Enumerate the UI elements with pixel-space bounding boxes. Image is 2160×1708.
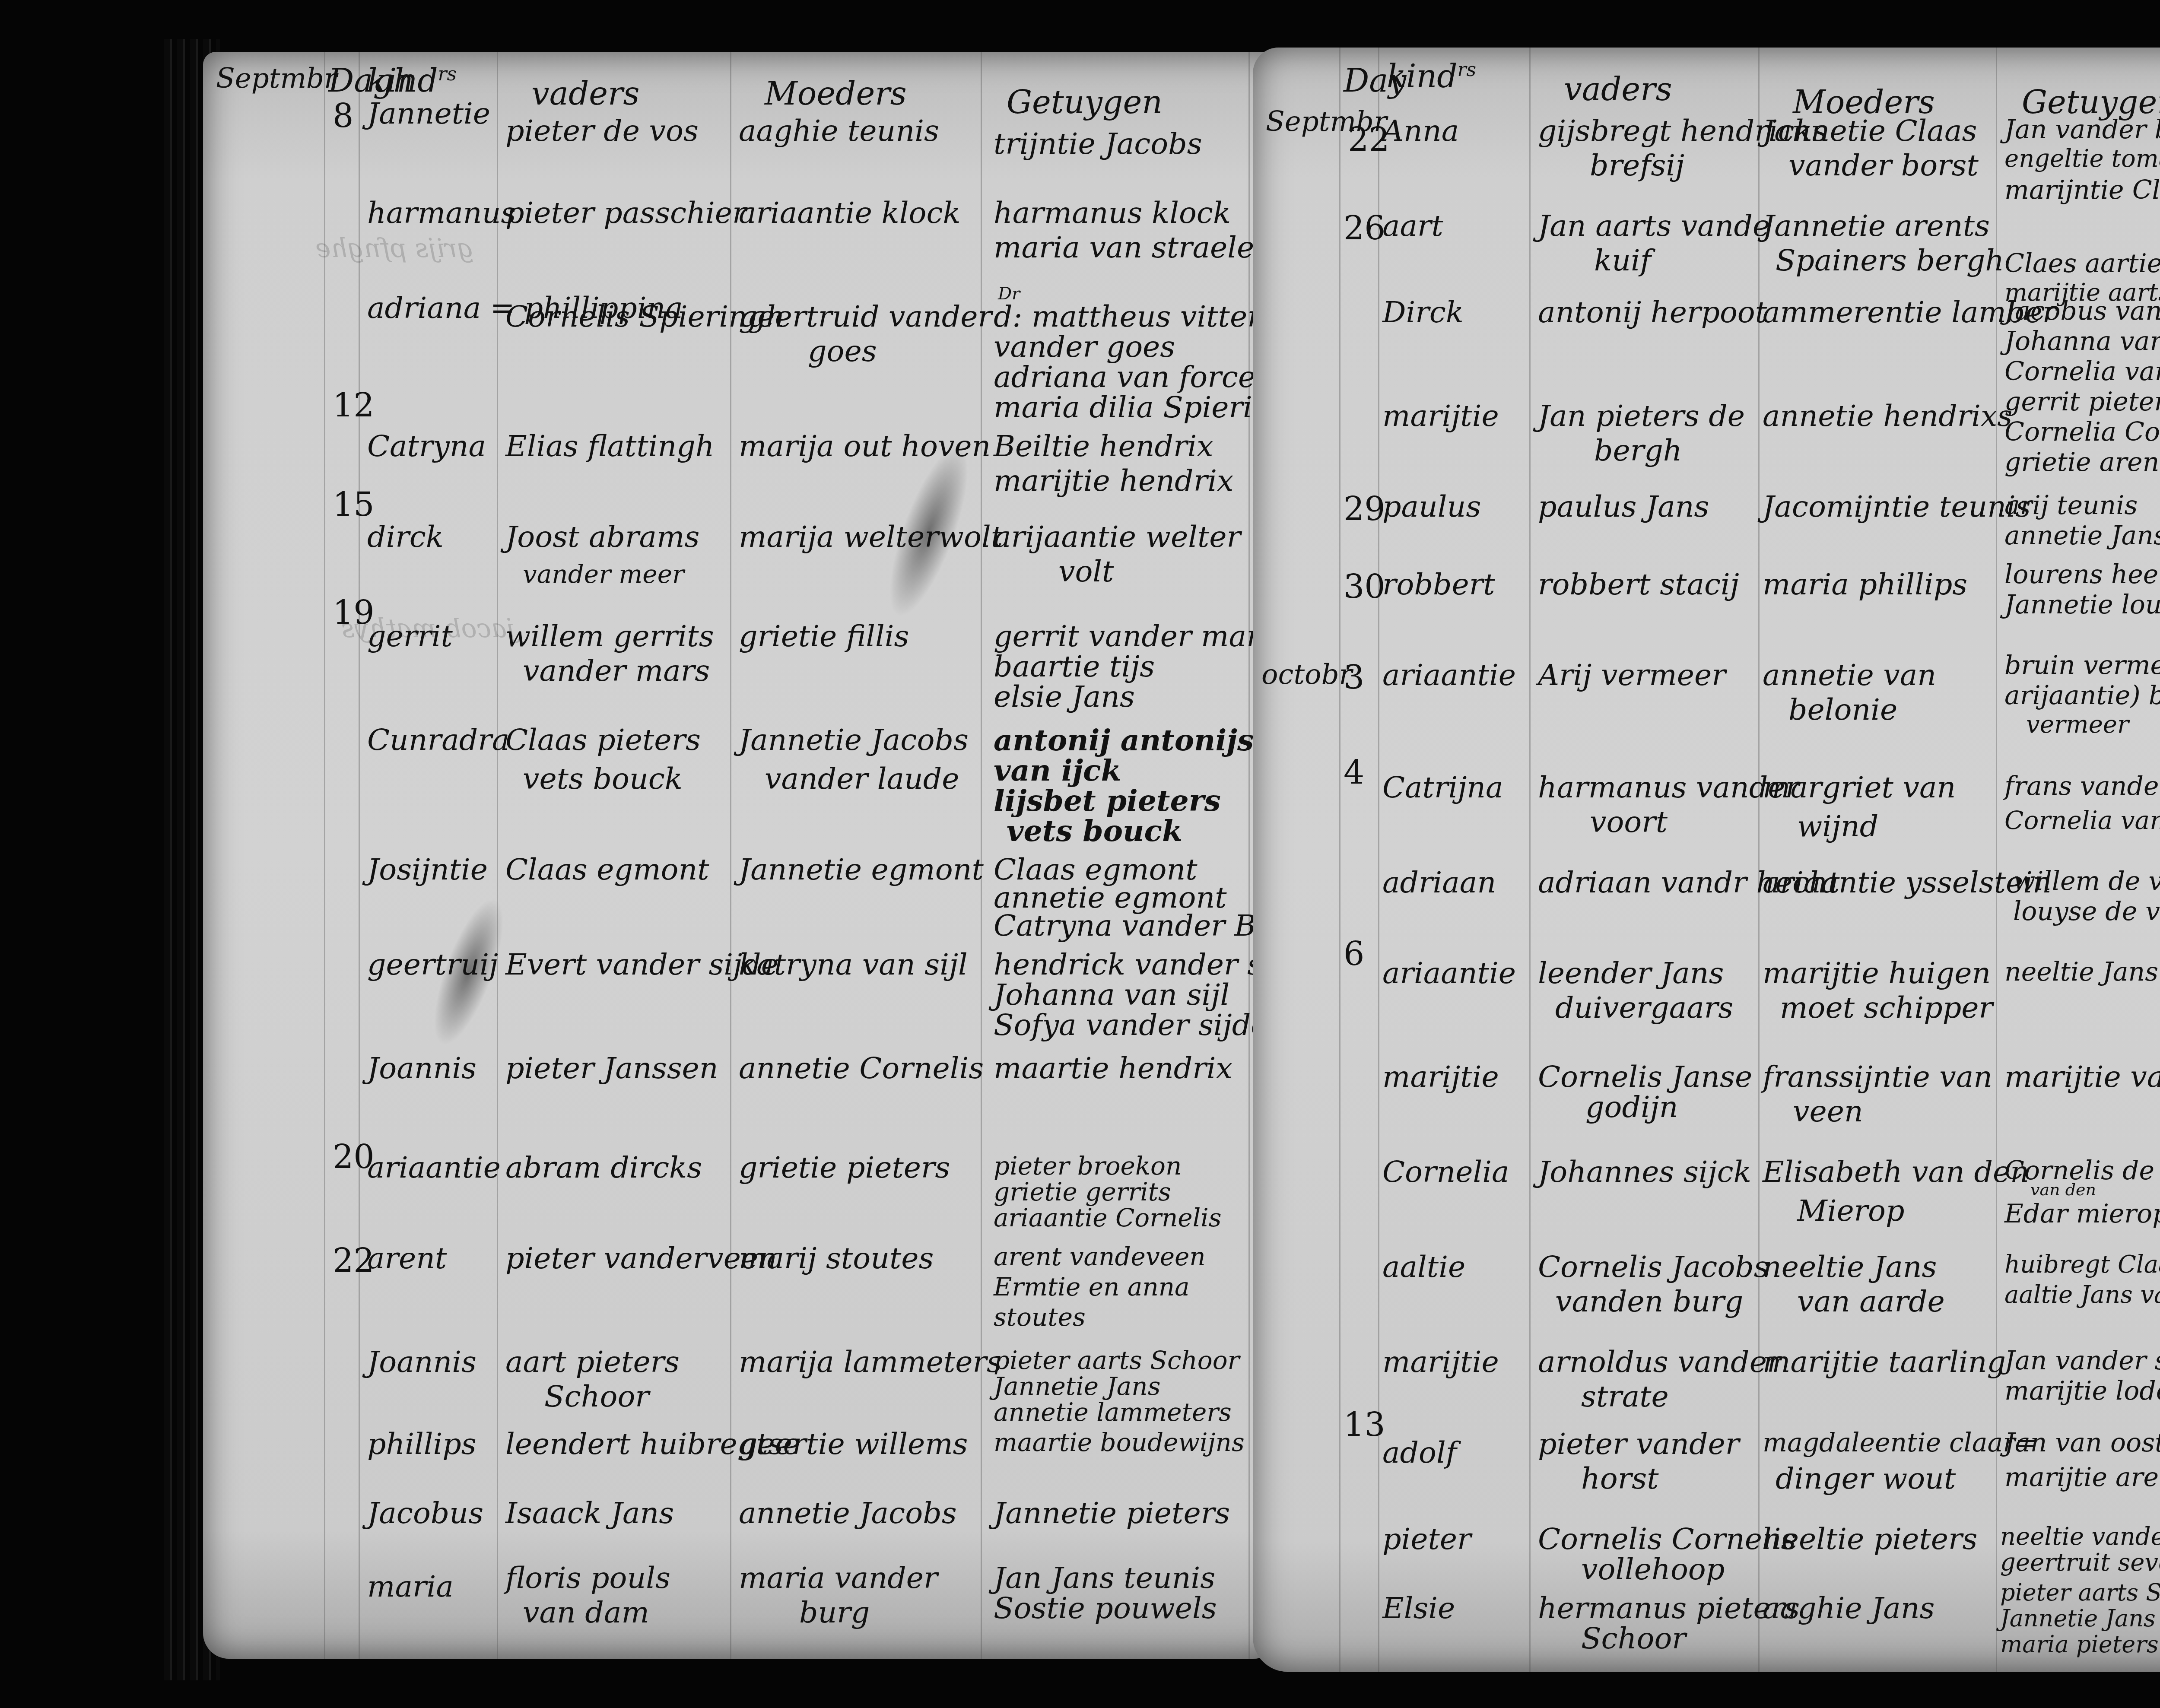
entry-mother: wijnd: [1797, 812, 1878, 841]
entry-witness: harmanus klock: [994, 199, 1231, 228]
entry-mother: annetie hendrixs: [1763, 402, 2012, 431]
entry-witness: bruin vermeer: [2004, 652, 2160, 678]
entry-witness: Claas egmont: [994, 855, 1198, 885]
entry-child: Anna: [1382, 117, 1459, 146]
entry-witness: arijaantie welter: [994, 523, 1241, 552]
entry-witness: neeltie Jans duivergaan: [2004, 959, 2160, 985]
entry-father: Elias flattingh: [505, 432, 715, 461]
entry-father: Arij vermeer: [1538, 661, 1726, 690]
entry-witness: maria dilia Spiering: [994, 393, 1290, 422]
entry-father: vander meer: [523, 562, 684, 587]
header-child-label: kind: [1387, 58, 1458, 95]
entry-mother: geertie willems: [739, 1430, 968, 1459]
entry-father: strate: [1581, 1382, 1669, 1412]
entry-witness: Jacobus vander dom: [2004, 298, 2160, 324]
entry-father: horst: [1581, 1464, 1658, 1494]
entry-child: Jacobus: [367, 1499, 483, 1528]
entry-mother: maria phillips: [1763, 570, 1967, 600]
entry-witness: gerrit pieters: [2004, 389, 2160, 415]
entry-witness: Sostie pouwels: [994, 1594, 1217, 1623]
entry-father: kuif: [1594, 246, 1651, 276]
entry-child: gerrit: [367, 622, 453, 651]
entry-father: antonij herpoot: [1538, 298, 1767, 327]
entry-father: godijn: [1585, 1093, 1678, 1122]
entry-witness: annetie Jans: [2004, 523, 2160, 549]
header-witnesses: Getuygen: [1007, 86, 1163, 118]
entry-child: ariaantie: [367, 1153, 501, 1183]
entry-witness: Sofya vander sijde: [994, 1011, 1268, 1040]
entry-mother: van aarde: [1797, 1287, 1945, 1317]
entry-father: paulus Jans: [1538, 492, 1709, 522]
entry-father: voort: [1590, 808, 1668, 837]
entry-witness: Cornelis de santes: [2004, 1158, 2160, 1184]
entry-child: Catryna: [367, 432, 486, 461]
entry-father: Claas egmont: [505, 855, 709, 885]
entry-child: Joannis: [367, 1348, 476, 1377]
entry-father: pieter passchier: [505, 199, 746, 228]
entry-child: Elsie: [1382, 1594, 1455, 1623]
entry-child: Josijntie: [367, 855, 488, 885]
entry-day: 29: [1344, 492, 1385, 525]
entry-mother: magdaleentie claar=: [1763, 1430, 2037, 1456]
entry-witness: frans vander aart: [2004, 773, 2160, 799]
entry-witness: ariaantie Cornelis: [994, 1205, 1222, 1230]
entry-mother: neeltie pieters: [1763, 1525, 1977, 1554]
entry-witness: Jan Jans teunis: [994, 1564, 1215, 1593]
entry-mother: marijtie taarling: [1763, 1348, 2006, 1377]
entry-child: paulus: [1382, 492, 1481, 522]
entry-mother: marij stoutes: [739, 1244, 934, 1273]
entry-witness: maria pieters Schoor: [2000, 1633, 2160, 1656]
entry-child: marijtie: [1382, 1063, 1499, 1092]
entry-witness: Cornelia Cornelis: [2004, 419, 2160, 445]
entry-witness: marijntie Claas vinkel: [2004, 177, 2160, 203]
entry-mother: annetie Jacobs: [739, 1499, 957, 1528]
entry-witness: Jannetie Jans: [994, 1374, 1160, 1399]
entry-witness: willem de vegter: [2013, 868, 2160, 894]
entry-father: Evert vander sijde: [505, 950, 778, 980]
entry-father: bergh: [1594, 436, 1682, 466]
entry-witness: Jan vander boelt: [2004, 117, 2160, 143]
entry-mother: grietie pieters: [739, 1153, 950, 1183]
entry-witness: Jannetie pieters: [994, 1499, 1230, 1528]
entry-witness: trijntie Jacobs: [994, 130, 1202, 159]
entry-witness: marijtie van veen: [2004, 1063, 2160, 1092]
entry-witness: annetie lammeters: [994, 1400, 1232, 1425]
entry-witness: Edar mierop: [2004, 1201, 2160, 1227]
entry-witness: grietie gerrits: [994, 1179, 1171, 1204]
right-page: Day kindrs vaders Moeders Getuygen Septm…: [1253, 48, 2160, 1672]
entry-child: Cornelia: [1382, 1158, 1509, 1187]
entry-witness: arijaantie) belaanis: [2004, 683, 2160, 708]
entry-mother: annetie Cornelis: [739, 1054, 984, 1083]
entry-father: van dam: [523, 1598, 649, 1628]
entry-witness: pieter broekon: [994, 1153, 1182, 1178]
entry-witness: Johanna vander floijde: [2004, 328, 2160, 354]
ruling-line: [1248, 52, 1250, 1659]
entry-father: Claas pieters: [505, 726, 701, 755]
entry-witness: vets bouck: [1007, 816, 1182, 846]
header-child-label: kind: [367, 62, 438, 99]
entry-witness: annetie egmont: [994, 883, 1227, 913]
entry-witness: lourens heeremans: [2004, 562, 2160, 587]
entry-child: Jannetie: [367, 99, 490, 129]
entry-mother: Mierop: [1797, 1197, 1905, 1226]
entry-day: 4: [1344, 756, 1364, 789]
entry-mother: marija lammeters: [739, 1348, 1002, 1377]
entry-father: vets bouck: [523, 765, 683, 794]
entry-mother: franssijntie van: [1763, 1063, 1992, 1092]
entry-father: Cornelis Cornelis: [1538, 1525, 1796, 1554]
entry-father: harmanus vander: [1538, 773, 1799, 803]
header-fathers: vaders: [531, 78, 639, 110]
entry-witness: Ermtie en anna: [994, 1274, 1190, 1299]
entry-father: Cornelis Janse: [1538, 1063, 1752, 1092]
entry-witness: vermeer: [2026, 713, 2129, 737]
entry-child: robbert: [1382, 570, 1495, 600]
entry-father: robbert stacij: [1538, 570, 1739, 600]
entry-mother: annetie van: [1763, 661, 1936, 690]
entry-witness: marijtie arents kunst: [2004, 1464, 2160, 1490]
entry-witness: baartie tijs: [994, 652, 1155, 682]
entry-mother: marijtie huigen: [1763, 959, 1991, 988]
entry-mother: Jannetie egmont: [739, 855, 984, 885]
entry-witness: antonij antonijs: [994, 726, 1254, 755]
header-month: Septmbr: [216, 65, 337, 92]
entry-mother: aaghie Jans: [1763, 1594, 1935, 1623]
entry-witness: huibregt Claas van den: [2004, 1253, 2160, 1277]
entry-father: aart pieters: [505, 1348, 680, 1377]
entry-mother: katryna van sijl: [739, 950, 968, 980]
header-fathers: vaders: [1564, 73, 1672, 105]
entry-child: adriaan: [1382, 868, 1496, 898]
entry-father: Jan pieters de: [1538, 402, 1745, 431]
entry-mother: Jannetie Claas: [1763, 117, 1977, 146]
entry-father: duivergaars: [1555, 994, 1733, 1023]
header-mothers: Moeders: [1793, 86, 1935, 118]
entry-day: 6: [1344, 937, 1364, 970]
entry-mother: Jannetie Jacobs: [739, 726, 969, 755]
entry-father: Schoor: [1581, 1624, 1686, 1654]
entry-witness: arij teunis: [2004, 492, 2138, 518]
entry-witness: d: mattheus vitter: [994, 302, 1261, 332]
entry-father: pieter de vos: [505, 117, 699, 146]
entry-witness: van ijck: [994, 756, 1121, 785]
entry-mother: Jannetie arents: [1763, 212, 1990, 241]
entry-child: Dirck: [1382, 298, 1464, 327]
entry-witness: Jannetie Jans: [2000, 1607, 2156, 1630]
entry-witness: geertruit sevenhuijsen: [2000, 1551, 2160, 1575]
entry-mother: Jacomijntie teunis: [1763, 492, 2031, 522]
entry-witness: vander goes: [994, 333, 1175, 362]
entry-mother: neeltie Jans: [1763, 1253, 1937, 1282]
entry-father: vanden burg: [1555, 1287, 1743, 1317]
bleed-through-text: grijs pfnghe: [315, 233, 474, 264]
entry-witness: marijtie lodestein: [2004, 1378, 2160, 1404]
entry-mother: belonie: [1788, 695, 1897, 725]
header-child-sup: rs: [1458, 59, 1477, 81]
entry-child: Joannis: [367, 1054, 476, 1083]
book-spread: grijs pfnghe jacob mathys Septmbr Dagh k…: [0, 0, 2160, 1708]
entry-father: brefsij: [1590, 151, 1684, 181]
header-child-sup: rs: [438, 63, 457, 85]
entry-father: Jan aarts vande: [1538, 212, 1770, 241]
entry-father: vollehoop: [1581, 1555, 1725, 1584]
entry-witness: Cornelia van wijnderdes: [2004, 808, 2160, 833]
entry-mother: burg: [799, 1598, 870, 1628]
entry-mother: Elisabeth van den: [1763, 1158, 2029, 1187]
entry-witness: maria van straelen: [994, 233, 1273, 263]
entry-child: marijtie: [1382, 402, 1499, 431]
entry-witness: van den: [2030, 1181, 2096, 1198]
entry-mother: marija welterwolt: [739, 523, 1003, 552]
entry-child: phillips: [367, 1430, 476, 1459]
header-child: kindrs: [1387, 60, 1476, 92]
entry-father: pieter Janssen: [505, 1054, 718, 1083]
entry-witness: elsie Jans: [994, 683, 1135, 712]
entry-father: leender Jans: [1538, 959, 1724, 988]
entry-witness: volt: [1058, 557, 1114, 587]
entry-day: 15: [333, 488, 375, 521]
left-page: grijs pfnghe jacob mathys Septmbr Dagh k…: [203, 52, 1287, 1659]
entry-child: Catrijna: [1382, 773, 1503, 803]
entry-witness: lijsbet pieters: [994, 786, 1221, 816]
entry-witness: Claes aartie vande kuif: [2004, 251, 2160, 276]
header-mothers: Moeders: [765, 78, 907, 110]
entry-father: hermanus pieters: [1538, 1594, 1800, 1623]
entry-witness: Jan van oosten: [2004, 1430, 2160, 1456]
entry-day: 8: [333, 99, 353, 132]
entry-father: abram dircks: [505, 1153, 702, 1183]
ruling-line: [359, 52, 360, 1659]
entry-witness: marijtie hendrix: [994, 467, 1233, 496]
entry-mother: veen: [1793, 1097, 1863, 1127]
entry-day: 3: [1344, 661, 1364, 694]
entry-child: aart: [1382, 212, 1443, 241]
entry-mother: ariaantie ysselstein: [1763, 868, 2052, 898]
entry-child: harmanus: [367, 199, 516, 228]
entry-witness: arent vandeveen: [994, 1244, 1206, 1269]
entry-witness: gerrit vander mars: [994, 622, 1276, 651]
entry-day: 13: [1344, 1408, 1385, 1441]
entry-child: arent: [367, 1244, 447, 1273]
entry-mother: maria vander: [739, 1564, 937, 1593]
ruling-line: [1339, 48, 1340, 1672]
entry-father: Joost abrams: [505, 523, 699, 552]
entry-mother: grietie fillis: [739, 622, 909, 651]
entry-father: Schoor: [544, 1382, 649, 1412]
entry-child: maria: [367, 1572, 454, 1602]
ruling-line: [1529, 48, 1531, 1672]
entry-witness: louyse de vegter: [2013, 898, 2160, 924]
entry-mother: vander laude: [765, 765, 959, 794]
ruling-line: [1758, 48, 1760, 1672]
entry-witness: neeltie vander valck: [2000, 1525, 2160, 1549]
entry-father: floris pouls: [505, 1564, 670, 1593]
entry-mother: Spainers bergh: [1776, 246, 2004, 276]
entry-witness: Johanna van sijl: [994, 981, 1229, 1010]
entry-father: Cornelis Jacobs: [1538, 1253, 1769, 1282]
ruling-line: [324, 52, 325, 1659]
entry-child: geertruij: [367, 950, 498, 980]
entry-witness: maartie hendrix: [994, 1054, 1232, 1083]
ruling-line: [730, 52, 731, 1659]
entry-witness: grietie arents: [2004, 449, 2160, 475]
entry-witness: pieter aarts Schoor: [994, 1348, 1239, 1373]
entry-witness: aaltie Jans van aarden: [2004, 1283, 2160, 1307]
entry-witness: maartie boudewijns: [994, 1430, 1245, 1455]
entry-child: aaltie: [1382, 1253, 1465, 1282]
entry-mother: aaghie teunis: [739, 117, 939, 146]
entry-witness: Jannetie louris: [2004, 592, 2160, 618]
entry-witness: Jan vander strate: [2004, 1348, 2160, 1374]
entry-day: 30: [1344, 570, 1385, 603]
entry-child: ariaantie: [1382, 959, 1516, 988]
entry-child: pieter: [1382, 1525, 1471, 1554]
entry-mother: vander borst: [1788, 151, 1979, 181]
entry-mother: geertruid vander: [739, 302, 992, 332]
entry-child: dirck: [367, 523, 444, 552]
entry-father: vander mars: [523, 657, 710, 686]
entry-mother: margriet van: [1763, 773, 1956, 803]
entry-father: willem gerrits: [505, 622, 714, 651]
entry-witness: Beiltie hendrix: [994, 432, 1213, 461]
entry-child: adolf: [1382, 1438, 1457, 1468]
header-child: kindrs: [367, 65, 457, 97]
entry-witness: engeltie tomas segmaa: [2004, 147, 2160, 171]
entry-mother: dinger wout: [1776, 1464, 1956, 1494]
entry-father: pieter vander: [1538, 1430, 1739, 1459]
entry-child: marijtie: [1382, 1348, 1499, 1377]
entry-witness: pieter aarts Schoor: [2000, 1581, 2160, 1604]
entry-mother: moet schipper: [1780, 994, 1993, 1023]
entry-father: pieter vanderveen: [505, 1244, 777, 1273]
entry-day: 26: [1344, 212, 1385, 244]
entry-mother: ariaantie klock: [739, 199, 961, 228]
entry-month: octobr: [1261, 661, 1352, 689]
entry-child: ariaantie: [1382, 661, 1516, 690]
entry-father: Johannes sijck: [1538, 1158, 1751, 1187]
entry-witness: Cornelia vander dom: [2004, 359, 2160, 384]
entry-child: Cunradra: [367, 726, 509, 755]
entry-mother: goes: [808, 337, 877, 366]
entry-father: Isaack Jans: [505, 1499, 674, 1528]
entry-mother: marija out hoven: [739, 432, 991, 461]
entry-witness: stoutes: [994, 1305, 1086, 1330]
header-witnesses: Getuygen: [2022, 86, 2160, 118]
entry-witness: adriana van forcest: [994, 363, 1282, 392]
entry-day: 12: [333, 389, 375, 422]
entry-father: arnoldus vander: [1538, 1348, 1781, 1377]
